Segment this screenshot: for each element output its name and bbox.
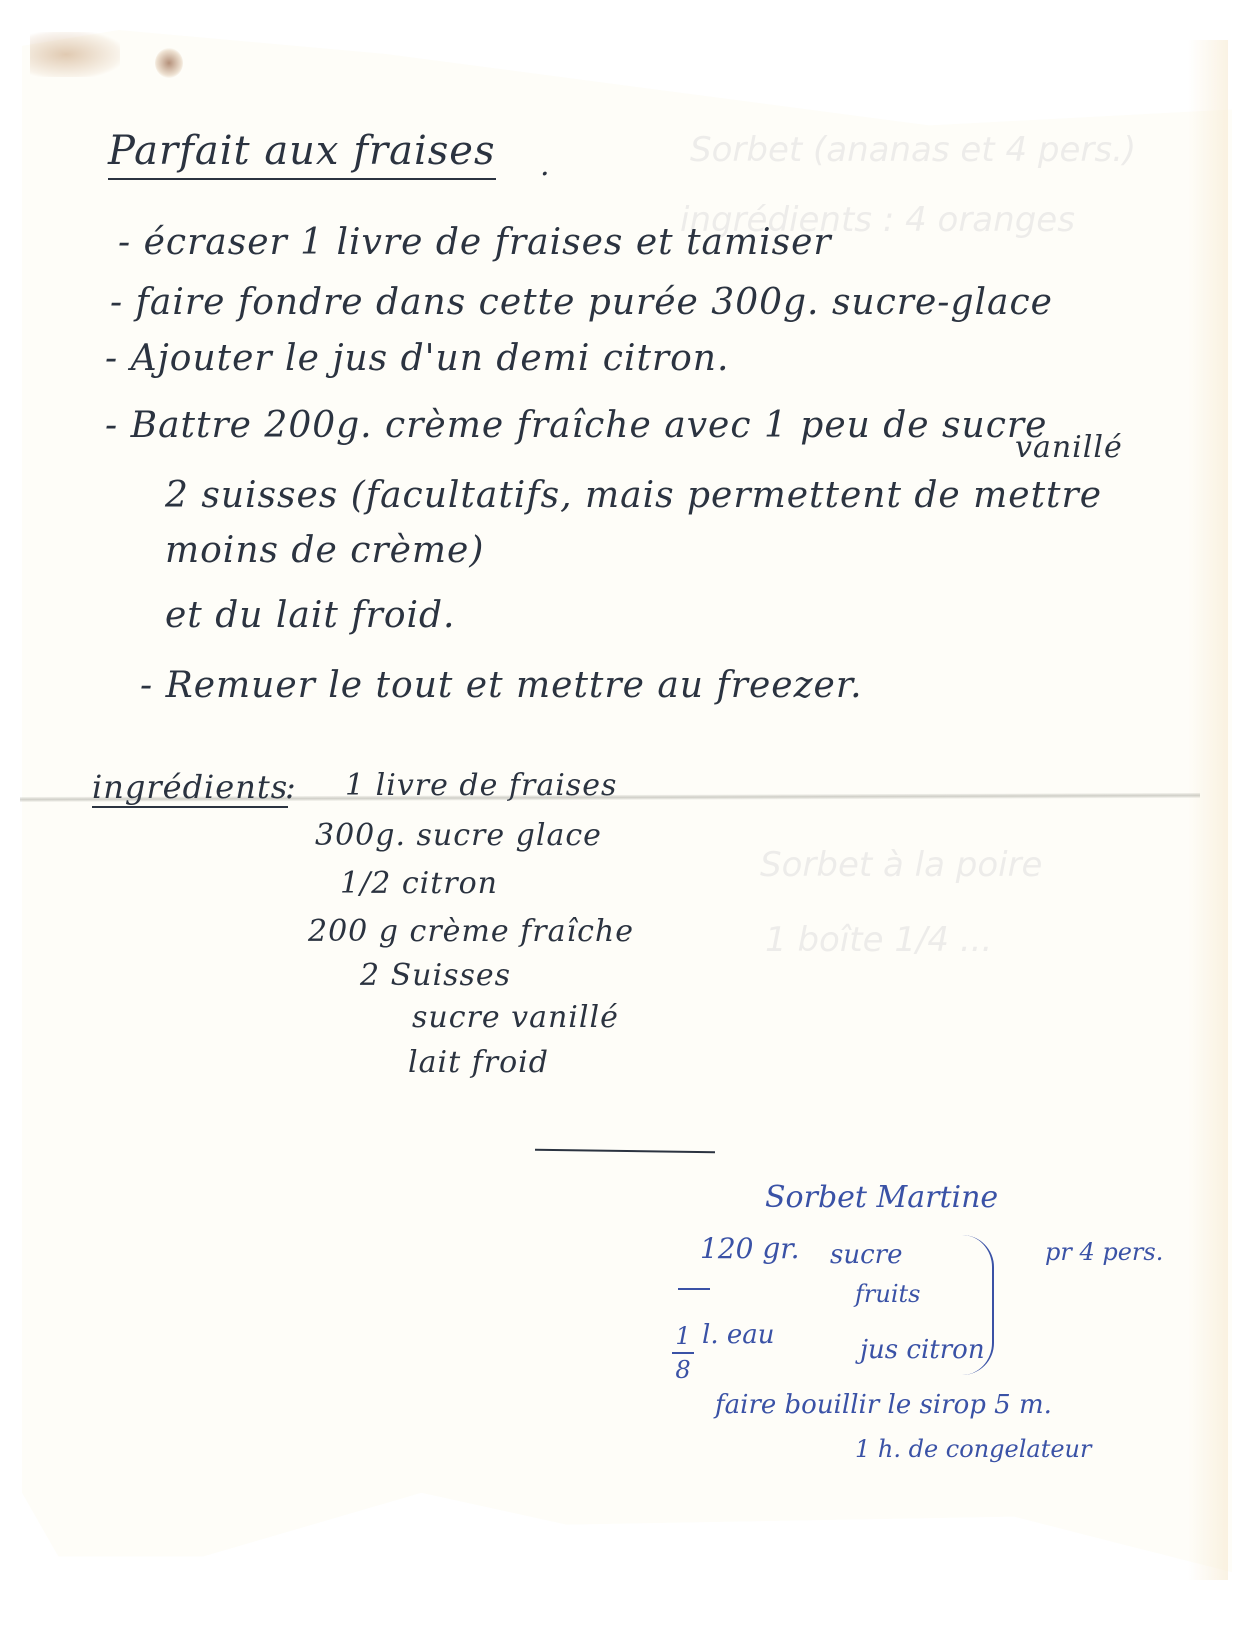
note-title: Sorbet Martine: [765, 1180, 998, 1215]
note-instruction: faire bouillir le sirop 5 m.: [715, 1390, 1052, 1420]
note-dash: [678, 1288, 710, 1290]
bleed-through-text: 1 boîte 1/4 ...: [765, 920, 992, 960]
ingredient-item: sucre vanillé: [412, 1000, 619, 1035]
ingredient-item: lait froid: [408, 1045, 549, 1080]
ingredients-label: ingrédients: [92, 768, 288, 808]
recipe-step: - Ajouter le jus d'un demi citron.: [105, 338, 729, 379]
bleed-through-text: Sorbet (ananas et 4 pers.): [690, 130, 1136, 170]
ingredient-item: 2 Suisses: [360, 958, 511, 993]
ingredient-item: 1 livre de fraises: [345, 768, 617, 803]
ingredient-item: 1/2 citron: [340, 866, 498, 901]
note-sugar-qty: 120 gr.: [700, 1232, 799, 1265]
fraction-denominator: 8: [675, 1356, 690, 1384]
fraction-bar: [672, 1352, 694, 1354]
paper-stain-dot: [155, 48, 183, 78]
recipe-step: - écraser 1 livre de fraises et tamiser: [118, 222, 832, 263]
recipe-title: Parfait aux fraises: [108, 128, 496, 180]
note-lemon: jus citron: [860, 1335, 985, 1365]
paper-stain: [30, 32, 120, 77]
recipe-step: - Remuer le tout et mettre au freezer.: [140, 665, 863, 706]
ingredient-item: 300g. sucre glace: [315, 818, 602, 853]
paper-sheet: [22, 30, 1232, 1620]
note-fraction: 1 8: [672, 1322, 694, 1384]
fraction-numerator: 1: [675, 1322, 690, 1350]
paper-edge-shadow: [1188, 40, 1228, 1580]
recipe-step: et du lait froid.: [165, 595, 456, 636]
note-instruction: 1 h. de congelateur: [855, 1435, 1091, 1463]
recipe-step: 2 suisses (facultatifs, mais permettent …: [165, 475, 1102, 516]
recipe-step: moins de crème): [165, 530, 484, 571]
note-fruits: fruits: [855, 1280, 920, 1308]
bleed-through-text: Sorbet à la poire: [760, 845, 1042, 885]
recipe-step: - Battre 200g. crème fraîche avec 1 peu …: [105, 405, 1047, 446]
recipe-step-continuation: vanillé: [1015, 430, 1123, 465]
note-serving: pr 4 pers.: [1045, 1238, 1163, 1266]
title-period: .: [540, 148, 551, 183]
recipe-step: - faire fondre dans cette purée 300g. su…: [110, 282, 1053, 323]
ingredient-item: 200 g crème fraîche: [308, 914, 634, 949]
note-water: l. eau: [702, 1320, 774, 1350]
note-sugar: sucre: [830, 1240, 902, 1270]
ingredients-colon: :: [285, 768, 297, 806]
